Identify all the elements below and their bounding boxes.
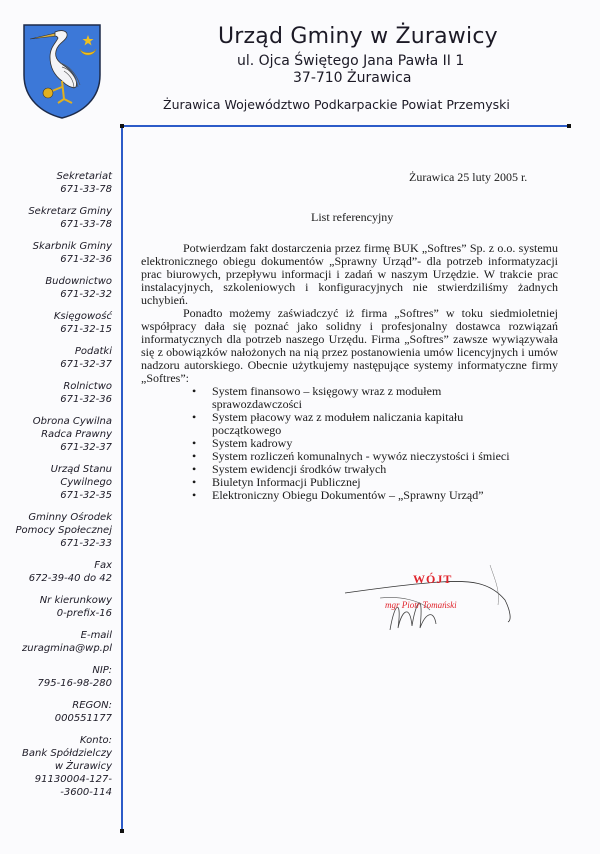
contact-value: -3600-114 [0,786,112,799]
contact-entry: Księgowość671-32-15 [0,310,112,336]
contact-value: 671-32-36 [0,393,112,406]
letter-body: Potwierdzam fakt dostarczenia przez firm… [141,242,558,502]
contact-entry: Sekretarz Gminy671-33-78 [0,205,112,231]
contact-value: 672-39-40 do 42 [0,572,112,585]
contact-value: 671-33-78 [0,183,112,196]
contact-value: Bank Spółdzielczy [0,747,112,760]
contact-value: 671-32-36 [0,253,112,266]
contact-entry: Podatki671-32-37 [0,345,112,371]
contact-label: Rolnictwo [0,380,112,393]
contact-label: Podatki [0,345,112,358]
divider-bottom-dot [120,829,124,833]
contact-entry: REGON:000551177 [0,699,112,725]
contact-label: Skarbnik Gminy [0,240,112,253]
contact-entry: Rolnictwo671-32-36 [0,380,112,406]
letter-date: Żurawica 25 luty 2005 r. [409,170,527,185]
contact-value: Radca Prawny [0,428,112,441]
contact-label: Nr kierunkowy [0,594,112,607]
signatory-title: WÓJT [413,572,452,587]
contact-label: Fax [0,559,112,572]
contact-entry: Sekretariat671-33-78 [0,170,112,196]
divider-corner-dot [120,124,124,128]
contact-sidebar: Sekretariat671-33-78Sekretarz Gminy671-3… [0,170,112,808]
contact-value: 671-32-32 [0,288,112,301]
office-address: ul. Ojca Świętego Jana Pawła II 1 [237,53,464,69]
contact-label: Księgowość [0,310,112,323]
contact-value: 671-32-35 [0,489,112,502]
paragraph-confirmation: Potwierdzam fakt dostarczenia przez firm… [141,242,558,307]
contact-entry: Budownictwo671-32-32 [0,275,112,301]
contact-label: NIP: [0,664,112,677]
contact-entry: Konto:Bank Spółdzielczyw Żurawicy9113000… [0,734,112,799]
contact-value: Pomocy Społecznej [0,524,112,537]
contact-label: E-mail [0,629,112,642]
contact-label: Sekretariat [0,170,112,183]
contact-entry: Fax672-39-40 do 42 [0,559,112,585]
contact-entry: Skarbnik Gminy671-32-36 [0,240,112,266]
contact-value: 795-16-98-280 [0,677,112,690]
letter-subject: List referencyjny [311,210,393,225]
contact-value[interactable]: zuragmina@wp.pl [0,642,112,655]
contact-entry: Gminny OśrodekPomocy Społecznej671-32-33 [0,511,112,550]
contact-entry: Nr kierunkowy0-prefix-16 [0,594,112,620]
contact-value: 91130004-127- [0,773,112,786]
system-list-item: System finansowo – księgowy wraz z moduł… [192,385,512,411]
contact-label: Urząd Stanu [0,463,112,476]
contact-value: 671-32-15 [0,323,112,336]
office-postal-code: 37-710 Żurawica [293,70,411,86]
contact-entry: NIP:795-16-98-280 [0,664,112,690]
contact-label: Gminny Ośrodek [0,511,112,524]
office-title: Urząd Gminy w Żurawicy [218,24,498,49]
contact-value: Cywilnego [0,476,112,489]
contact-entry: Urząd StanuCywilnego671-32-35 [0,463,112,502]
contact-value: 0-prefix-16 [0,607,112,620]
header-divider [121,125,570,127]
handwritten-signature [340,560,540,630]
contact-entry: E-mailzuragmina@wp.pl [0,629,112,655]
contact-label: Budownictwo [0,275,112,288]
coat-of-arms-crane-icon [22,23,102,119]
contact-value: 671-32-37 [0,441,112,454]
paragraph-cooperation: Ponadto możemy zaświadczyć iż firma „Sof… [141,307,558,385]
systems-list: System finansowo – księgowy wraz z moduł… [141,385,558,502]
contact-label: REGON: [0,699,112,712]
system-list-item: Elektroniczny Obiegu Dokumentów – „Spraw… [192,489,552,502]
contact-entry: Obrona CywilnaRadca Prawny671-32-37 [0,415,112,454]
contact-label: Sekretarz Gminy [0,205,112,218]
contact-value: 000551177 [0,712,112,725]
office-region: Żurawica Województwo Podkarpackie Powiat… [163,97,510,112]
contact-value: 671-32-37 [0,358,112,371]
system-list-item: System płacowy waz z modułem naliczania … [192,411,512,437]
divider-end-dot [567,124,571,128]
contact-value: 671-33-78 [0,218,112,231]
contact-label: Obrona Cywilna [0,415,112,428]
contact-label: Konto: [0,734,112,747]
signatory-name: mgr Piotr Tomański [385,600,457,610]
sidebar-divider [121,125,123,831]
contact-value: 671-32-33 [0,537,112,550]
contact-value: w Żurawicy [0,760,112,773]
